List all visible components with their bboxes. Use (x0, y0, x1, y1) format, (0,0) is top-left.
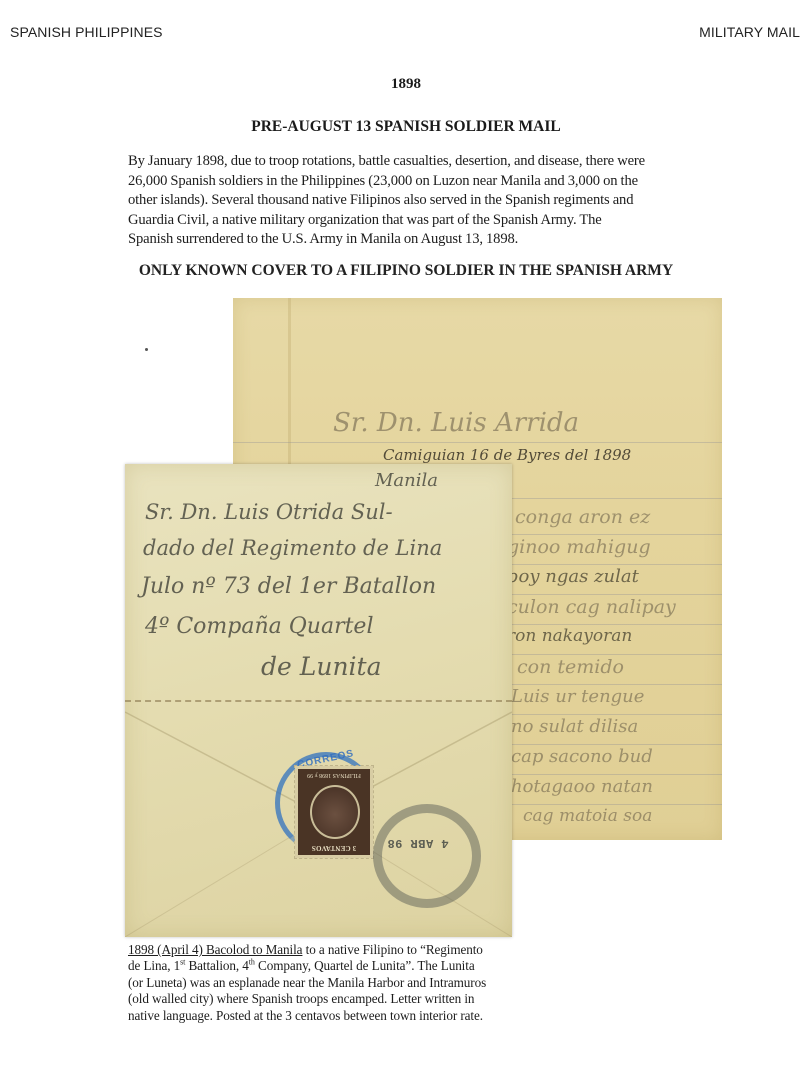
envelope-cover-image: Manila Sr. Dn. Luis Otrida Sul- dado del… (125, 464, 512, 937)
caption-text: to a native Filipino to “Regimento (302, 942, 482, 957)
intro-line: By January 1898, due to troop rotations,… (128, 152, 704, 172)
letter-rule-line (233, 442, 722, 443)
section-title: PRE-AUGUST 13 SPANISH SOLDIER MAIL (0, 118, 812, 136)
letter-line: ginoo mahigug (507, 536, 651, 558)
letter-line: no sulat dilisa (511, 716, 638, 737)
caption-route-date: 1898 (April 4) Bacolod to Manila (128, 942, 302, 957)
caption-text: de Lina, 1 (128, 958, 180, 973)
caption-line: (old walled city) where Spanish troops e… (128, 991, 528, 1007)
intro-line: Guardia Civil, a native military organiz… (128, 211, 704, 231)
letter-line: hotagaoo natan (511, 776, 653, 797)
caption-text: Battalion, 4 (185, 958, 249, 973)
header-left-title: SPANISH PHILIPPINES (10, 24, 163, 40)
paper-speck (145, 348, 148, 351)
envelope-address-line: 4º Compaña Quartel (145, 614, 374, 639)
postage-stamp-3-centavos: 3 CENTAVOS FILIPINAS 1898 y 99 (295, 766, 373, 858)
letter-line: conga aron ez (515, 506, 650, 528)
caption-line: 1898 (April 4) Bacolod to Manila to a na… (128, 942, 528, 958)
letter-salutation: Sr. Dn. Luis Arrida (333, 408, 579, 438)
stamp-value: 3 CENTAVOS (302, 844, 366, 852)
cover-caption: 1898 (April 4) Bacolod to Manila to a na… (128, 942, 528, 1024)
letter-line: cap sacono bud (511, 746, 653, 767)
letter-line: Luis ur tengue (511, 686, 644, 707)
page-year: 1898 (0, 76, 812, 93)
envelope-address-city: Manila (375, 470, 438, 491)
stamp-inscription: FILIPINAS 1898 y 99 (302, 772, 366, 778)
letter-line: culon cag nalipay (507, 596, 676, 618)
header-right-title: MILITARY MAIL (699, 24, 800, 40)
caption-line: de Lina, 1st Battalion, 4th Company, Qua… (128, 958, 528, 974)
envelope-address-line: de Lunita (261, 652, 382, 681)
intro-line: Spanish surrendered to the U.S. Army in … (128, 230, 704, 250)
letter-line: boy ngas zulat (507, 566, 639, 587)
letter-place-date: Camiguian 16 de Byres del 1898 (383, 446, 631, 464)
caption-line: native language. Posted at the 3 centavo… (128, 1008, 528, 1024)
exhibit-subhead: ONLY KNOWN COVER TO A FILIPINO SOLDIER I… (0, 262, 812, 280)
envelope-address-line: Sr. Dn. Luis Otrida Sul- (145, 500, 393, 524)
postmark-date: 4 ABR 98 (387, 836, 449, 850)
letter-line: con temido (517, 656, 624, 678)
intro-line: other islands). Several thousand native … (128, 191, 704, 211)
letter-line: cag matoia soa (523, 806, 652, 826)
caption-line: (or Luneta) was an esplanade near the Ma… (128, 975, 528, 991)
intro-line: 26,000 Spanish soldiers in the Philippin… (128, 172, 704, 192)
letter-line: ron nakayoran (507, 626, 632, 646)
stamp-portrait-icon (310, 785, 360, 839)
envelope-address-line: Julo nº 73 del 1er Batallon (141, 574, 436, 599)
envelope-address-line: dado del Regimento de Lina (143, 536, 442, 560)
intro-paragraph: By January 1898, due to troop rotations,… (128, 152, 704, 250)
caption-text: Company, Quartel de Lunita”. The Lunita (255, 958, 475, 973)
grey-circular-postmark (373, 804, 481, 908)
